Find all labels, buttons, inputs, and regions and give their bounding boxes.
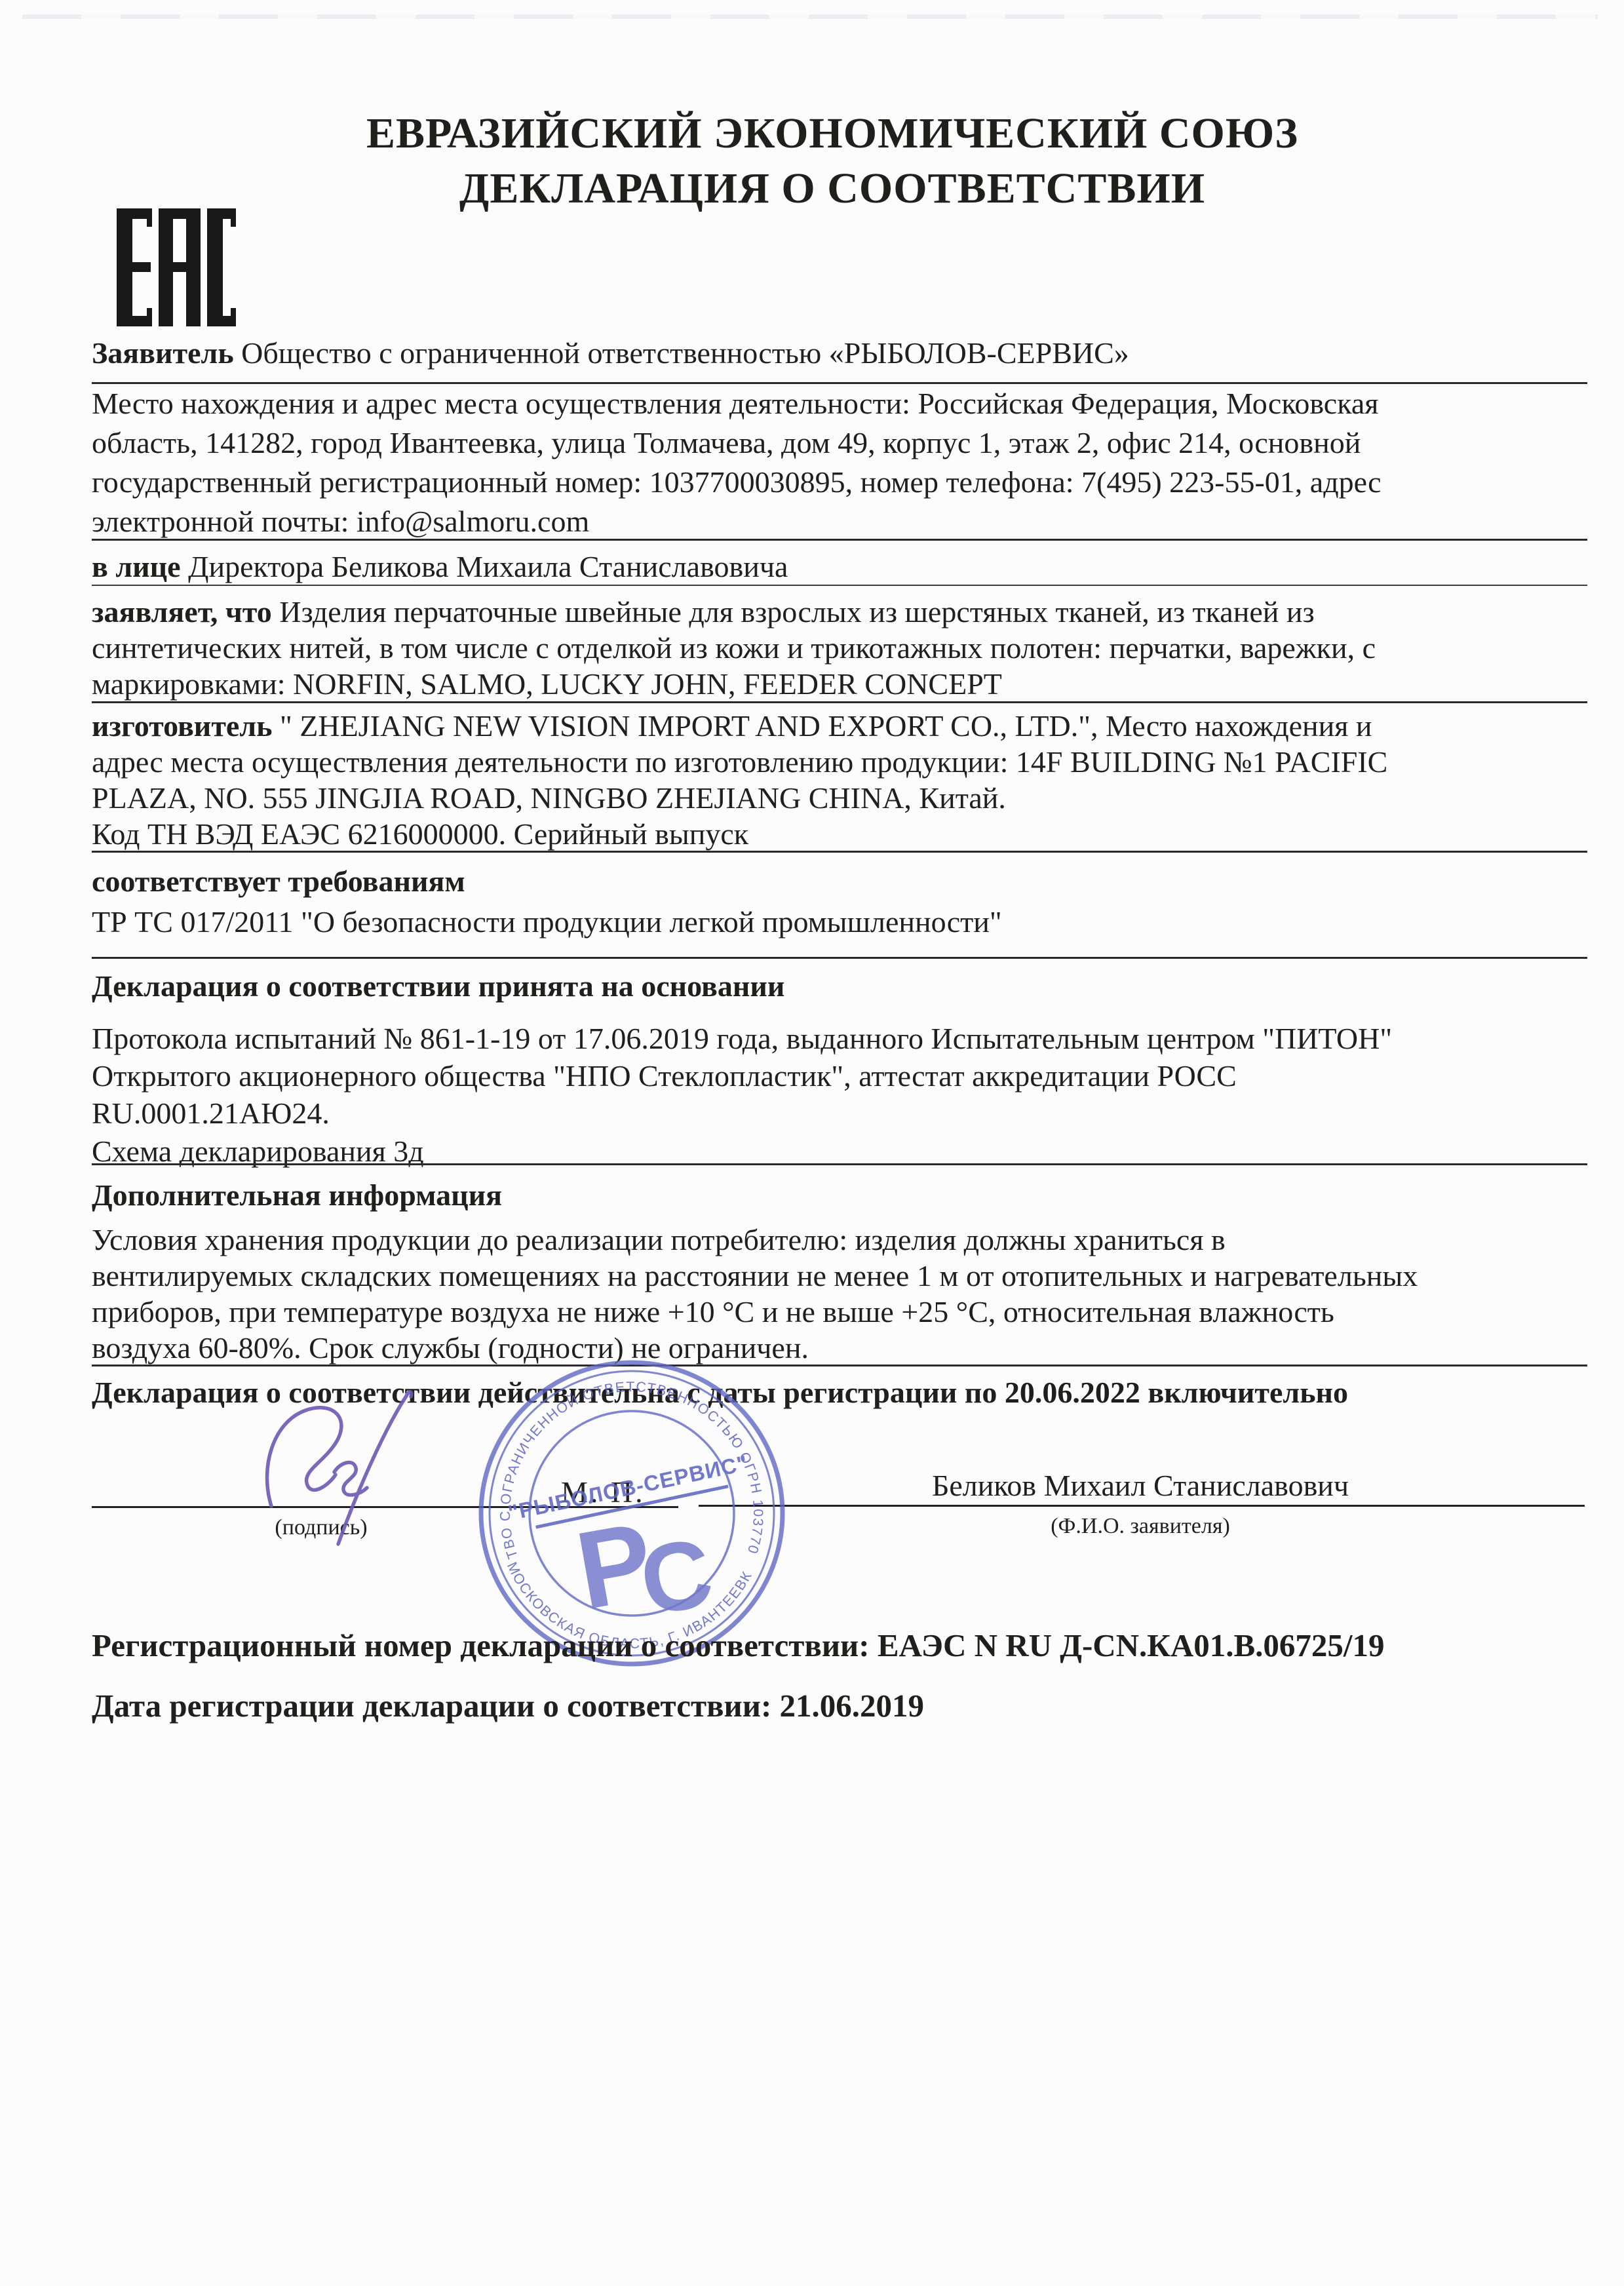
registration-date-value: 21.06.2019: [780, 1688, 925, 1724]
manufacturer-line: адрес места осуществления деятельности п…: [92, 744, 1586, 780]
divider: [92, 585, 1587, 586]
additional-line: воздуха 60-80%. Срок службы (годности) н…: [92, 1330, 1586, 1366]
address-line: область, 141282, город Ивантеевка, улица…: [92, 423, 1586, 463]
in-person-label: в лице: [92, 550, 181, 583]
manufacturer-line: " ZHEJIANG NEW VISION IMPORT AND EXPORT …: [280, 709, 1372, 743]
address-line: электронной почты: info@salmoru.com: [92, 502, 1586, 541]
handwritten-signature: [256, 1384, 423, 1552]
divider: [92, 1365, 1587, 1366]
basis-heading: Декларация о соответствии принята на осн…: [92, 969, 1586, 1003]
manufacturer-line: PLAZA, NO. 555 JINGJIA ROAD, NINGBO ZHEJ…: [92, 780, 1586, 816]
basis-line: Протокола испытаний № 861-1-19 от 17.06.…: [92, 1020, 1586, 1057]
declaration-document: { "header": { "title_line1": "ЕВРАЗИЙСКИ…: [0, 0, 1624, 2286]
basis-line: RU.0001.21АЮ24.: [92, 1095, 1586, 1132]
declares-label: заявляет, что: [92, 595, 272, 629]
registration-number-value: ЕАЭС N RU Д-CN.КА01.В.06725/19: [878, 1627, 1385, 1663]
divider: [92, 957, 1587, 959]
in-person-row: в лице Директора Беликова Михаила Станис…: [92, 549, 1586, 584]
manufacturer-label: изготовитель: [92, 709, 272, 743]
page-title-line2: ДЕКЛАРАЦИЯ О СООТВЕТСТВИИ: [92, 164, 1573, 214]
scan-artifact: [22, 14, 1598, 19]
name-line: [699, 1505, 1585, 1507]
applicant-label: Заявитель: [92, 336, 234, 370]
company-stamp: ОБЩЕСТВО С ОГРАНИЧЕННОЙ ОТВЕТСТВЕННОСТЬЮ…: [474, 1356, 789, 1671]
additional-line: приборов, при температуре воздуха не ниж…: [92, 1294, 1586, 1330]
registration-number-row: Регистрационный номер декларации о соотв…: [92, 1627, 1624, 1664]
manufacturer-paragraph: изготовитель " ZHEJIANG NEW VISION IMPOR…: [92, 708, 1586, 852]
declares-paragraph: заявляет, что Изделия перчаточные швейны…: [92, 594, 1586, 702]
additional-paragraph: Условия хранения продукции до реализации…: [92, 1222, 1586, 1366]
page-title-line1: ЕВРАЗИЙСКИЙ ЭКОНОМИЧЕСКИЙ СОЮЗ: [92, 109, 1573, 159]
divider: [92, 701, 1587, 703]
address-paragraph: Место нахождения и адрес места осуществл…: [92, 384, 1586, 541]
basis-line: Открытого акционерного общества "НПО Сте…: [92, 1057, 1586, 1095]
address-line: Место нахождения и адрес места осуществл…: [92, 384, 1586, 423]
additional-line: Условия хранения продукции до реализации…: [92, 1222, 1586, 1258]
additional-line: вентилируемых складских помещениях на ра…: [92, 1258, 1586, 1294]
divider: [92, 539, 1587, 541]
divider: [92, 851, 1587, 853]
name-caption: (Ф.И.О. заявителя): [944, 1514, 1337, 1539]
eac-logo-icon: [117, 208, 236, 326]
complies-heading: соответствует требованиям: [92, 864, 1586, 899]
applicant-row: Заявитель Общество с ограниченной ответс…: [92, 336, 1586, 370]
declares-line: Изделия перчаточные швейные для взрослых…: [279, 595, 1314, 629]
tr-ts-line: ТР ТС 017/2011 "О безопасности продукции…: [92, 904, 1586, 939]
declares-line: маркировками: NORFIN, SALMO, LUCKY JOHN,…: [92, 666, 1586, 702]
applicant-value: Общество с ограниченной ответственностью…: [241, 336, 1129, 370]
basis-paragraph: Протокола испытаний № 861-1-19 от 17.06.…: [92, 1020, 1586, 1132]
registration-number-label: Регистрационный номер декларации о соотв…: [92, 1627, 870, 1663]
applicant-fio: Беликов Михаил Станиславович: [845, 1468, 1435, 1503]
registration-date-row: Дата регистрации декларации о соответств…: [92, 1687, 1624, 1724]
address-line: государственный регистрационный номер: 1…: [92, 463, 1586, 502]
tn-ved-line: Код ТН ВЭД ЕАЭС 6216000000. Серийный вып…: [92, 816, 1586, 852]
additional-heading: Дополнительная информация: [92, 1178, 1586, 1212]
in-person-value: Директора Беликова Михаила Станиславович…: [188, 550, 788, 583]
declares-line: синтетических нитей, в том числе с отдел…: [92, 630, 1586, 666]
registration-date-label: Дата регистрации декларации о соответств…: [92, 1688, 771, 1724]
divider: [92, 1163, 1587, 1165]
